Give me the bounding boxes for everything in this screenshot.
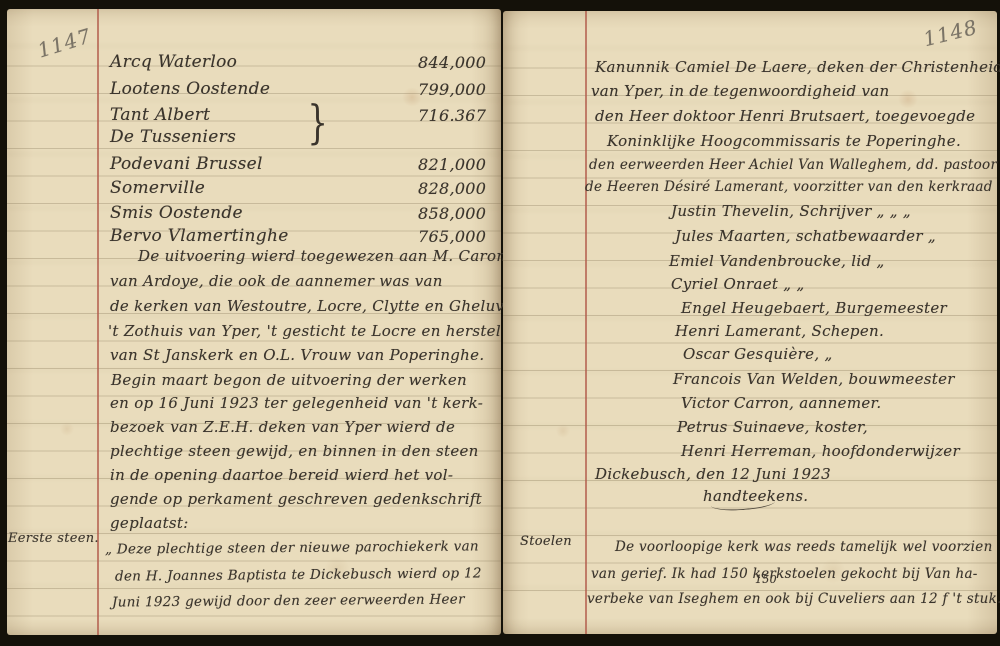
text-line: Henri Herreman, hoofdonderwijzer	[681, 442, 960, 460]
text-line: Henri Lamerant, Schepen.	[675, 322, 884, 340]
text-line: Jules Maarten, schatbewaarder „	[675, 227, 936, 245]
margin-note-eerste-steen: Eerste steen.	[8, 531, 99, 546]
paragraph-line: van St Janskerk en O.L. Vrouw van Poperi…	[110, 346, 484, 364]
notebook-photo: 1147 Arcq Waterloo Lootens Oostende Tant…	[0, 0, 1000, 646]
text-line: Justin Thevelin, Schrijver „ „ „	[671, 202, 911, 220]
tender-amount: 799,000	[418, 80, 486, 99]
page-right: 1148 Kanunnik Camiel De Laere, deken der…	[503, 11, 997, 634]
text-line: Petrus Suinaeve, koster,	[677, 418, 868, 436]
text-line: Emiel Vandenbroucke, lid „	[669, 252, 885, 270]
text-line: den eerweerden Heer Achiel Van Walleghem…	[589, 157, 997, 173]
paragraph-line: plechtige steen gewijd, en binnen in den…	[110, 442, 479, 460]
text-line: Oscar Gesquière, „	[683, 345, 833, 363]
tender-amount: 844,000	[418, 53, 486, 72]
paragraph-line: gende op perkament geschreven gedenkschr…	[110, 490, 482, 508]
tender-amount: 858,000	[418, 204, 486, 223]
text-line: den Heer doktoor Henri Brutsaert, toegev…	[595, 107, 975, 125]
paragraph-line: 't Zothuis van Yper, 't gesticht te Locr…	[108, 322, 501, 340]
text-line: Cyriel Onraet „ „	[671, 275, 805, 293]
tender-name: Arcq Waterloo	[110, 52, 237, 72]
text-line: van Yper, in de tegenwoordigheid van	[591, 82, 889, 100]
memorial-line: den H. Joannes Baptista te Dickebusch wi…	[115, 565, 482, 584]
tender-name: Smis Oostende	[110, 203, 243, 223]
grouping-brace: }	[307, 95, 327, 149]
paragraph-line: van Ardoye, die ook de aannemer was van	[110, 272, 443, 290]
text-line: de Heeren Désiré Lamerant, voorzitter va…	[585, 179, 993, 195]
stoelen-line: De voorloopige kerk was reeds tamelijk w…	[615, 539, 993, 555]
tender-amount: 821,000	[418, 155, 486, 174]
page-number-left: 1147	[35, 23, 95, 62]
page-number-right: 1148	[921, 15, 980, 52]
stoelen-line: verbeke van Iseghem en ook bij Cuveliers…	[587, 591, 1000, 607]
paragraph-line: Begin maart begon de uitvoering der werk…	[111, 371, 467, 389]
text-line: Engel Heugebaert, Burgemeester	[681, 299, 947, 317]
paragraph-line: De uitvoering wierd toegewezen aan M. Ca…	[138, 247, 506, 265]
tender-name: Bervo Vlamertinghe	[110, 226, 289, 246]
tender-amount: 716.367	[418, 106, 486, 125]
tender-name: De Tusseniers	[110, 127, 236, 147]
paragraph-line: de kerken van Westoutre, Locre, Clytte e…	[110, 297, 530, 315]
margin-line-right	[585, 11, 587, 634]
text-line: Victor Carron, aannemer.	[681, 394, 881, 412]
tender-name: Podevani Brussel	[110, 154, 263, 174]
page-left: 1147 Arcq Waterloo Lootens Oostende Tant…	[7, 9, 501, 635]
tender-name: Tant Albert	[110, 105, 210, 125]
stoelen-line: van gerief. Ik had 150 kerkstoelen gekoc…	[591, 566, 978, 582]
text-line: Francois Van Welden, bouwmeester	[673, 370, 955, 388]
memorial-line: Juni 1923 gewijd door den zeer eerweerde…	[112, 591, 465, 610]
margin-note-stoelen: Stoelen	[520, 534, 572, 549]
tender-amount: 828,000	[418, 179, 486, 198]
tender-name: Lootens Oostende	[110, 79, 270, 99]
text-line: Koninklijke Hoogcommissaris te Poperingh…	[607, 132, 961, 150]
text-line: Kanunnik Camiel De Laere, deken der Chri…	[595, 58, 1000, 76]
paragraph-line: en op 16 Juni 1923 ter gelegenheid van '…	[110, 394, 483, 412]
tender-amount: 765,000	[418, 227, 486, 246]
paragraph-line: bezoek van Z.E.H. deken van Yper wierd d…	[110, 418, 455, 436]
tender-name: Somerville	[110, 178, 205, 198]
memorial-line: „ Deze plechtige steen der nieuwe paroch…	[105, 538, 479, 557]
dateline: Dickebusch, den 12 Juni 1923	[595, 465, 831, 483]
paragraph-line: geplaatst:	[110, 514, 189, 532]
inserted-number: 150	[755, 573, 777, 586]
paragraph-line: in de opening daartoe bereid wierd het v…	[110, 466, 453, 484]
